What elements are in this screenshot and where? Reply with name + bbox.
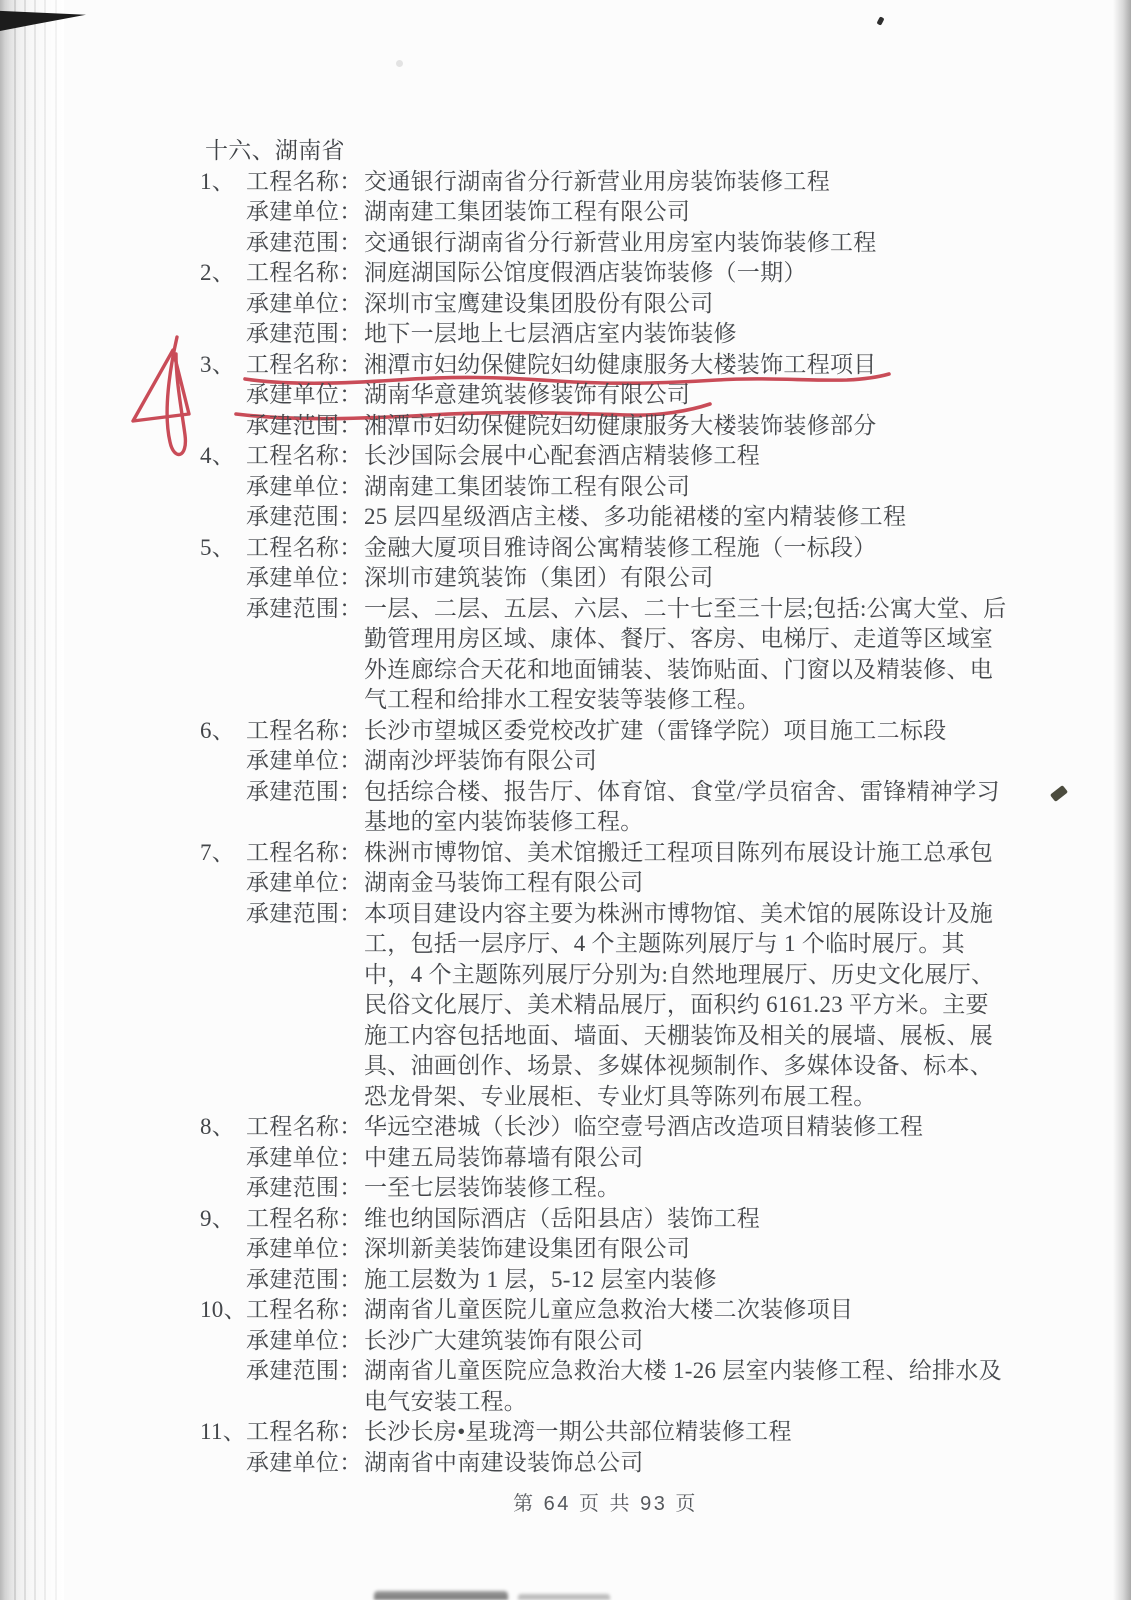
item-number [200, 197, 246, 228]
field-label-name: 工程名称： [246, 258, 364, 289]
scan-smudge [374, 1591, 508, 1600]
field-label-scope: 承建范围： [246, 899, 364, 1113]
item-number: 11、 [200, 1417, 246, 1448]
item-number [200, 899, 246, 1113]
field-value-name: 金融大厦项目雅诗阁公寓精装修工程施（一标段） [364, 533, 1011, 564]
field-value-name: 长沙国际会展中心配套酒店精装修工程 [364, 441, 1011, 472]
project-row-name: 2、工程名称：洞庭湖国际公馆度假酒店装饰装修（一期） [200, 258, 1011, 289]
field-value-name: 长沙长房•星珑湾一期公共部位精装修工程 [364, 1417, 1011, 1448]
item-number: 10、 [200, 1295, 246, 1326]
project-row-name: 6、工程名称：长沙市望城区委党校改扩建（雷锋学院）项目施工二标段 [200, 716, 1011, 747]
field-label-name: 工程名称： [246, 838, 364, 869]
item-number [200, 411, 246, 442]
field-label-unit: 承建单位： [246, 1234, 364, 1265]
field-value-name: 维也纳国际酒店（岳阳县店）装饰工程 [364, 1204, 1011, 1235]
project-item: 2、工程名称：洞庭湖国际公馆度假酒店装饰装修（一期）承建单位：深圳市宝鹰建设集团… [200, 258, 1011, 350]
item-number [200, 1448, 246, 1479]
item-number [200, 380, 246, 411]
project-list: 1、工程名称：交通银行湖南省分行新营业用房装饰装修工程承建单位：湖南建工集团装饰… [200, 167, 1011, 1479]
field-value-scope: 交通银行湖南省分行新营业用房室内装饰装修工程 [364, 228, 1011, 259]
item-number: 2、 [200, 258, 246, 289]
item-number [200, 868, 246, 899]
field-label-name: 工程名称： [246, 1204, 364, 1235]
project-row-scope: 承建范围：一层、二层、五层、六层、二十七至三十层;包括:公寓大堂、后勤管理用房区… [200, 594, 1011, 716]
project-row-unit: 承建单位：湖南华意建筑装修装饰有限公司 [200, 380, 1011, 411]
item-number [200, 746, 246, 777]
field-label-scope: 承建范围： [246, 1356, 364, 1417]
field-value-unit: 湖南金马装饰工程有限公司 [364, 868, 1011, 899]
project-item: 1、工程名称：交通银行湖南省分行新营业用房装饰装修工程承建单位：湖南建工集团装饰… [200, 167, 1011, 259]
field-label-unit: 承建单位： [246, 380, 364, 411]
project-row-name: 1、工程名称：交通银行湖南省分行新营业用房装饰装修工程 [200, 167, 1011, 198]
item-number: 5、 [200, 533, 246, 564]
field-label-name: 工程名称： [246, 350, 364, 381]
field-value-scope: 包括综合楼、报告厅、体育馆、食堂/学员宿舍、雷锋精神学习基地的室内装饰装修工程。 [364, 777, 1011, 838]
field-label-scope: 承建范围： [246, 228, 364, 259]
item-number [200, 289, 246, 320]
field-value-unit: 湖南沙坪装饰有限公司 [364, 746, 1011, 777]
field-value-unit: 深圳新美装饰建设集团有限公司 [364, 1234, 1011, 1265]
project-row-scope: 承建范围：地下一层地上七层酒店室内装饰装修 [200, 319, 1011, 350]
field-value-scope: 25 层四星级酒店主楼、多功能裙楼的室内精装修工程 [364, 502, 1011, 533]
project-row-name: 3、工程名称：湘潭市妇幼保健院妇幼健康服务大楼装饰工程项目 [200, 350, 1011, 381]
item-number [200, 228, 246, 259]
project-item: 10、工程名称：湖南省儿童医院儿童应急救治大楼二次装修项目承建单位：长沙广大建筑… [200, 1295, 1011, 1417]
field-value-name: 洞庭湖国际公馆度假酒店装饰装修（一期） [364, 258, 1011, 289]
item-number: 4、 [200, 441, 246, 472]
item-number [200, 1356, 246, 1417]
field-value-unit: 湖南建工集团装饰工程有限公司 [364, 472, 1011, 503]
field-value-unit: 深圳市建筑装饰（集团）有限公司 [364, 563, 1011, 594]
project-row-name: 8、工程名称：华远空港城（长沙）临空壹号酒店改造项目精装修工程 [200, 1112, 1011, 1143]
field-value-name: 华远空港城（长沙）临空壹号酒店改造项目精装修工程 [364, 1112, 1011, 1143]
field-label-scope: 承建范围： [246, 777, 364, 838]
item-number [200, 1143, 246, 1174]
field-value-unit: 中建五局装饰幕墙有限公司 [364, 1143, 1011, 1174]
project-row-name: 7、工程名称：株洲市博物馆、美术馆搬迁工程项目陈列布展设计施工总承包 [200, 838, 1011, 869]
project-item: 3、工程名称：湘潭市妇幼保健院妇幼健康服务大楼装饰工程项目承建单位：湖南华意建筑… [200, 350, 1011, 442]
item-number: 8、 [200, 1112, 246, 1143]
item-number [200, 1326, 246, 1357]
item-number: 6、 [200, 716, 246, 747]
field-label-name: 工程名称： [246, 441, 364, 472]
item-number [200, 1265, 246, 1296]
project-row-unit: 承建单位：深圳新美装饰建设集团有限公司 [200, 1234, 1011, 1265]
field-label-unit: 承建单位： [246, 563, 364, 594]
field-value-unit: 长沙广大建筑装饰有限公司 [364, 1326, 1011, 1357]
field-label-name: 工程名称： [246, 716, 364, 747]
field-value-unit: 湖南建工集团装饰工程有限公司 [364, 197, 1011, 228]
field-label-unit: 承建单位： [246, 1326, 364, 1357]
field-label-scope: 承建范围： [246, 1265, 364, 1296]
project-row-unit: 承建单位：湖南建工集团装饰工程有限公司 [200, 472, 1011, 503]
project-item: 4、工程名称：长沙国际会展中心配套酒店精装修工程承建单位：湖南建工集团装饰工程有… [200, 441, 1011, 533]
section-title: 十六、湖南省 [200, 136, 1011, 167]
field-label-name: 工程名称： [246, 533, 364, 564]
project-row-name: 9、工程名称：维也纳国际酒店（岳阳县店）装饰工程 [200, 1204, 1011, 1235]
project-row-unit: 承建单位：湖南沙坪装饰有限公司 [200, 746, 1011, 777]
field-value-scope: 一至七层装饰装修工程。 [364, 1173, 1011, 1204]
project-row-unit: 承建单位：深圳市宝鹰建设集团股份有限公司 [200, 289, 1011, 320]
item-number [200, 777, 246, 838]
field-value-name: 湖南省儿童医院儿童应急救治大楼二次装修项目 [364, 1295, 1011, 1326]
project-row-name: 4、工程名称：长沙国际会展中心配套酒店精装修工程 [200, 441, 1011, 472]
field-value-name: 株洲市博物馆、美术馆搬迁工程项目陈列布展设计施工总承包 [364, 838, 1011, 869]
field-label-name: 工程名称： [246, 1417, 364, 1448]
project-row-name: 5、工程名称：金融大厦项目雅诗阁公寓精装修工程施（一标段） [200, 533, 1011, 564]
project-row-scope: 承建范围：交通银行湖南省分行新营业用房室内装饰装修工程 [200, 228, 1011, 259]
item-number [200, 1173, 246, 1204]
project-row-scope: 承建范围：施工层数为 1 层，5-12 层室内装修 [200, 1265, 1011, 1296]
field-value-scope: 本项目建设内容主要为株洲市博物馆、美术馆的展陈设计及施工，包括一层序厅、4 个主… [364, 899, 1011, 1113]
field-value-scope: 湖南省儿童医院应急救治大楼 1-26 层室内装修工程、给排水及电气安装工程。 [364, 1356, 1011, 1417]
item-number: 7、 [200, 838, 246, 869]
document-body: 十六、湖南省 1、工程名称：交通银行湖南省分行新营业用房装饰装修工程承建单位：湖… [0, 0, 1131, 1478]
project-row-unit: 承建单位：深圳市建筑装饰（集团）有限公司 [200, 563, 1011, 594]
project-row-unit: 承建单位：湖南金马装饰工程有限公司 [200, 868, 1011, 899]
field-label-unit: 承建单位： [246, 1143, 364, 1174]
field-value-scope: 施工层数为 1 层，5-12 层室内装修 [364, 1265, 1011, 1296]
field-value-scope: 地下一层地上七层酒店室内装饰装修 [364, 319, 1011, 350]
item-number [200, 502, 246, 533]
project-row-scope: 承建范围：一至七层装饰装修工程。 [200, 1173, 1011, 1204]
project-row-unit: 承建单位：中建五局装饰幕墙有限公司 [200, 1143, 1011, 1174]
field-label-scope: 承建范围： [246, 502, 364, 533]
field-value-name: 长沙市望城区委党校改扩建（雷锋学院）项目施工二标段 [364, 716, 1011, 747]
page-footer: 第 64 页 共 93 页 [200, 1487, 1011, 1516]
field-value-scope: 一层、二层、五层、六层、二十七至三十层;包括:公寓大堂、后勤管理用房区域、康体、… [364, 594, 1011, 716]
item-number [200, 472, 246, 503]
field-value-unit: 湖南省中南建设装饰总公司 [364, 1448, 1011, 1479]
project-row-scope: 承建范围：包括综合楼、报告厅、体育馆、食堂/学员宿舍、雷锋精神学习基地的室内装饰… [200, 777, 1011, 838]
project-item: 9、工程名称：维也纳国际酒店（岳阳县店）装饰工程承建单位：深圳新美装饰建设集团有… [200, 1204, 1011, 1296]
item-number: 3、 [200, 350, 246, 381]
project-row-unit: 承建单位：长沙广大建筑装饰有限公司 [200, 1326, 1011, 1357]
field-label-unit: 承建单位： [246, 197, 364, 228]
item-number [200, 319, 246, 350]
field-label-scope: 承建范围： [246, 1173, 364, 1204]
project-item: 7、工程名称：株洲市博物馆、美术馆搬迁工程项目陈列布展设计施工总承包承建单位：湖… [200, 838, 1011, 1113]
item-number: 9、 [200, 1204, 246, 1235]
scan-smudge [518, 1594, 610, 1600]
field-label-unit: 承建单位： [246, 1448, 364, 1479]
field-value-name: 湘潭市妇幼保健院妇幼健康服务大楼装饰工程项目 [364, 350, 1011, 381]
field-label-name: 工程名称： [246, 1295, 364, 1326]
field-value-unit: 深圳市宝鹰建设集团股份有限公司 [364, 289, 1011, 320]
field-value-name: 交通银行湖南省分行新营业用房装饰装修工程 [364, 167, 1011, 198]
field-label-unit: 承建单位： [246, 472, 364, 503]
field-value-unit: 湖南华意建筑装修装饰有限公司 [364, 380, 1011, 411]
field-label-scope: 承建范围： [246, 594, 364, 716]
project-row-unit: 承建单位：湖南建工集团装饰工程有限公司 [200, 197, 1011, 228]
project-row-scope: 承建范围：25 层四星级酒店主楼、多功能裙楼的室内精装修工程 [200, 502, 1011, 533]
field-label-name: 工程名称： [246, 167, 364, 198]
project-item: 8、工程名称：华远空港城（长沙）临空壹号酒店改造项目精装修工程承建单位：中建五局… [200, 1112, 1011, 1204]
project-row-name: 10、工程名称：湖南省儿童医院儿童应急救治大楼二次装修项目 [200, 1295, 1011, 1326]
project-item: 11、工程名称：长沙长房•星珑湾一期公共部位精装修工程承建单位：湖南省中南建设装… [200, 1417, 1011, 1478]
project-row-name: 11、工程名称：长沙长房•星珑湾一期公共部位精装修工程 [200, 1417, 1011, 1448]
item-number [200, 563, 246, 594]
field-label-scope: 承建范围： [246, 411, 364, 442]
project-row-scope: 承建范围：湖南省儿童医院应急救治大楼 1-26 层室内装修工程、给排水及电气安装… [200, 1356, 1011, 1417]
field-label-unit: 承建单位： [246, 289, 364, 320]
field-label-unit: 承建单位： [246, 868, 364, 899]
field-label-unit: 承建单位： [246, 746, 364, 777]
project-item: 5、工程名称：金融大厦项目雅诗阁公寓精装修工程施（一标段）承建单位：深圳市建筑装… [200, 533, 1011, 716]
project-row-unit: 承建单位：湖南省中南建设装饰总公司 [200, 1448, 1011, 1479]
scanned-document-page: 十六、湖南省 1、工程名称：交通银行湖南省分行新营业用房装饰装修工程承建单位：湖… [0, 0, 1131, 1600]
project-row-scope: 承建范围：本项目建设内容主要为株洲市博物馆、美术馆的展陈设计及施工，包括一层序厅… [200, 899, 1011, 1113]
item-number [200, 594, 246, 716]
field-label-scope: 承建范围： [246, 319, 364, 350]
project-item: 6、工程名称：长沙市望城区委党校改扩建（雷锋学院）项目施工二标段承建单位：湖南沙… [200, 716, 1011, 838]
project-row-scope: 承建范围：湘潭市妇幼保健院妇幼健康服务大楼装饰装修部分 [200, 411, 1011, 442]
item-number [200, 1234, 246, 1265]
field-value-scope: 湘潭市妇幼保健院妇幼健康服务大楼装饰装修部分 [364, 411, 1011, 442]
item-number: 1、 [200, 167, 246, 198]
field-label-name: 工程名称： [246, 1112, 364, 1143]
